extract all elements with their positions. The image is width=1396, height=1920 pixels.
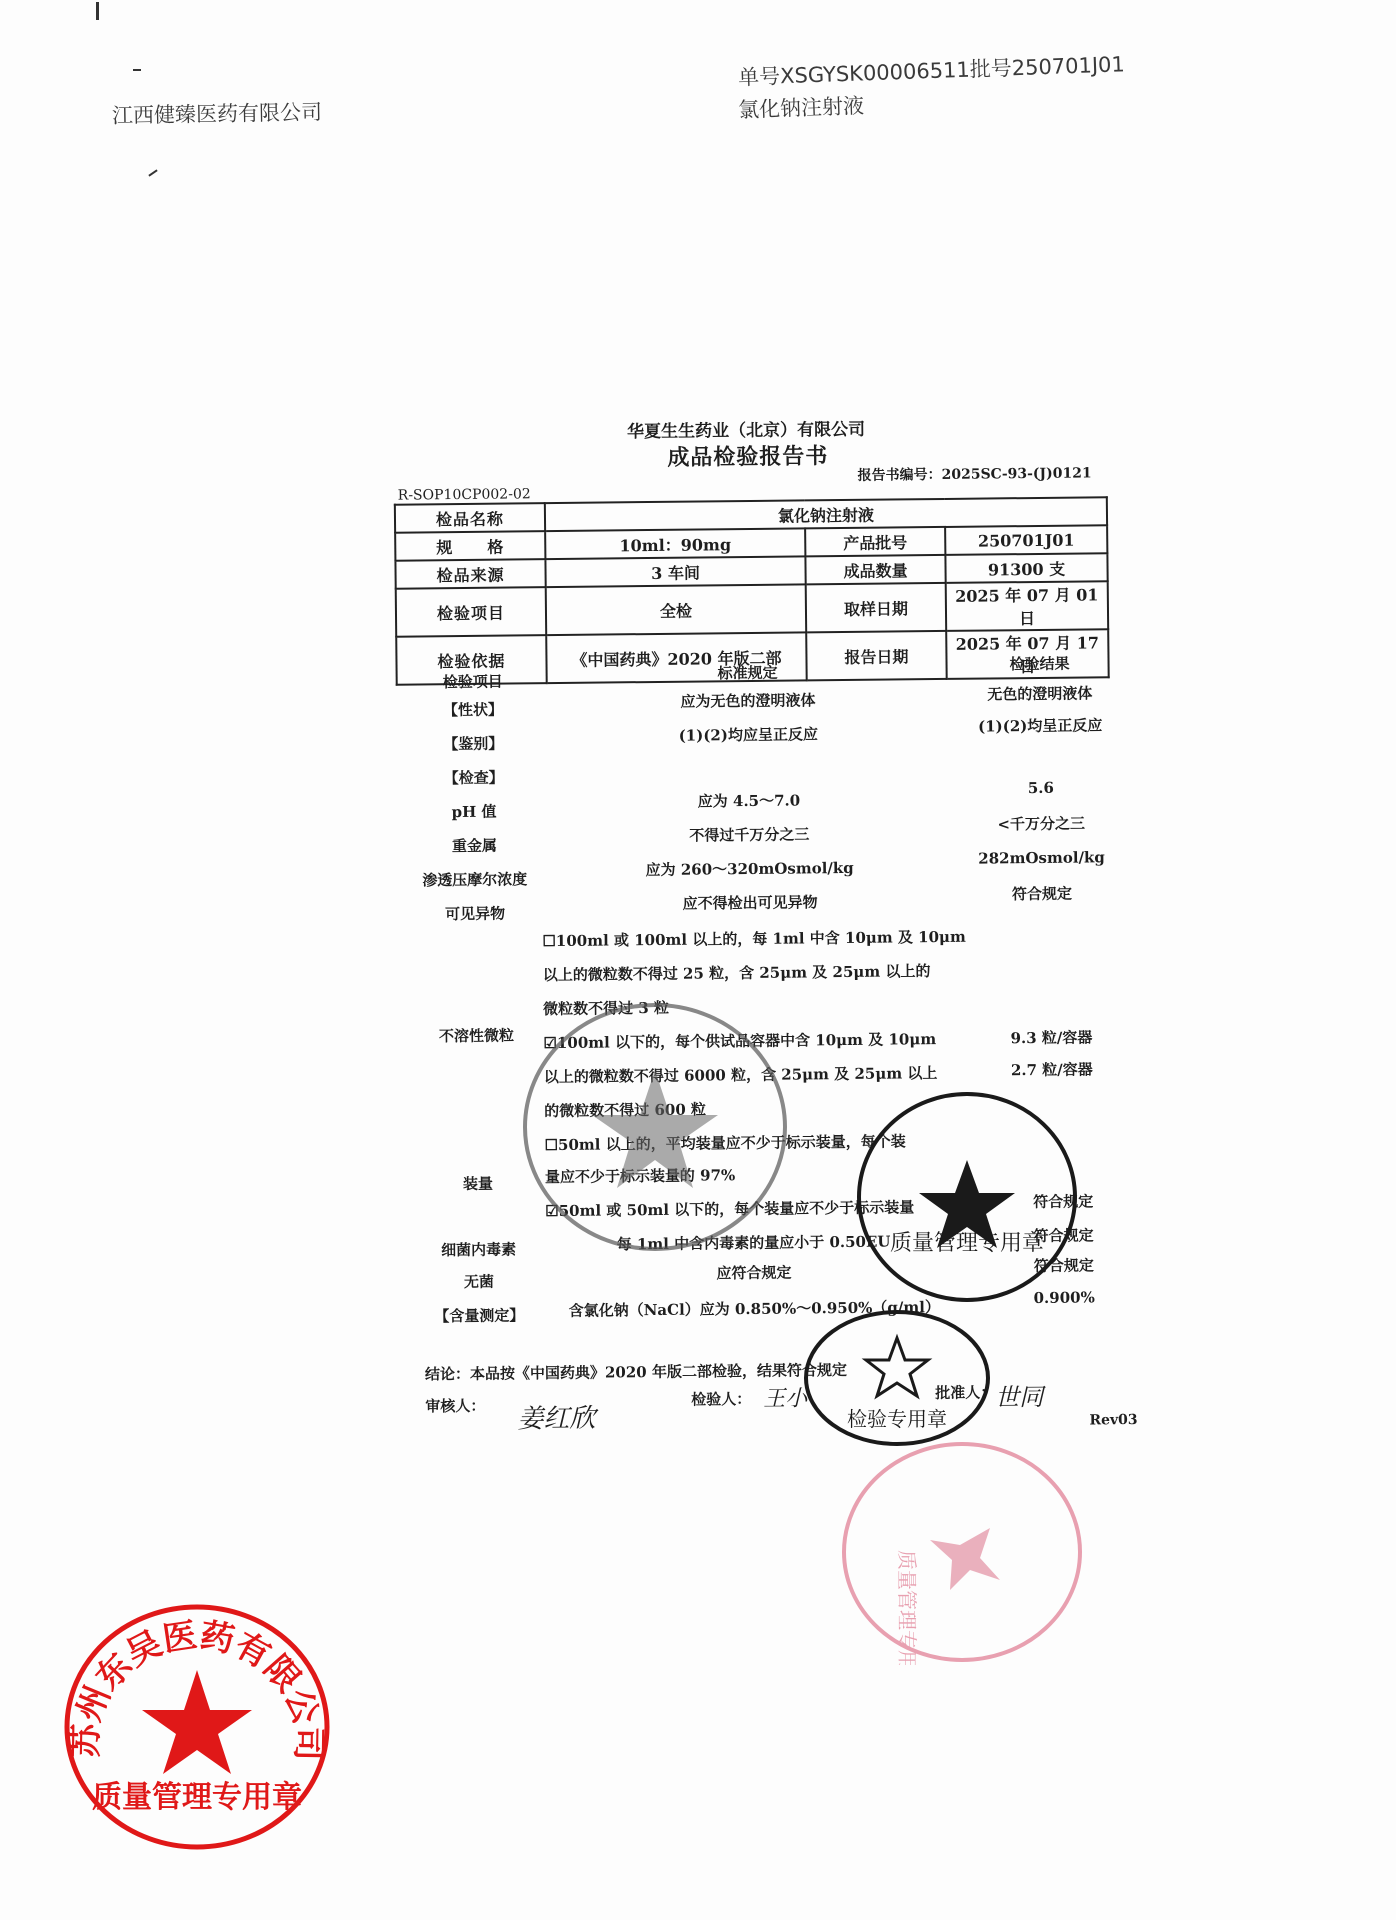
column-result: 检验结果 — [959, 652, 1119, 675]
row-result: 282mOsmol/kg — [961, 848, 1121, 868]
value-test-item: 全检 — [546, 584, 806, 635]
inspector-label: 检验人： — [691, 1388, 751, 1410]
stamp-suzhou-qa: 苏州东吴医药有限公司 质量管理专用章 — [62, 1602, 332, 1852]
label-source: 检品来源 — [395, 559, 545, 589]
row-result: 5.6 — [961, 778, 1121, 798]
reviewer-label: 审核人： — [425, 1395, 485, 1417]
row-item: pH 值 — [409, 800, 539, 822]
row-item: 【性状】 — [408, 698, 538, 720]
row-item: 【鉴别】 — [408, 732, 538, 754]
reviewer-signature: 姜红欣 — [517, 1398, 595, 1436]
row-standard: (1)(2)均应呈正反应 — [568, 722, 928, 747]
row-result: <千万分之三 — [961, 812, 1121, 835]
approver-signature: 世同 — [995, 1377, 1043, 1413]
stamp-hebei-qa — [520, 1000, 790, 1255]
svg-text:检验专用章: 检验专用章 — [847, 1407, 947, 1431]
label-batch: 产品批号 — [805, 527, 945, 556]
column-standard: 标准规定 — [568, 660, 928, 685]
label-sampling-date: 取样日期 — [806, 583, 946, 632]
label-spec: 规 格 — [395, 531, 545, 561]
row-result: 符合规定 — [962, 882, 1122, 905]
row-standard: 不得过千万分之三 — [569, 822, 929, 847]
stamp-jiangxi-qa: 质量管理专用章 — [840, 1440, 1085, 1665]
row-item: 重金属 — [409, 834, 539, 856]
revision: Rev03 — [1089, 1412, 1137, 1429]
particles-result-10um: 9.3 粒/容器 — [971, 1026, 1131, 1049]
label-test-item: 检验项目 — [396, 587, 546, 637]
row-result: 无色的澄明液体 — [960, 682, 1120, 705]
row-item: 可见异物 — [410, 902, 540, 924]
value-batch: 250701J01 — [945, 525, 1107, 555]
value-sampling-date: 2025 年 07 月 01 日 — [946, 581, 1108, 631]
conclusion: 结论：本品按《中国药典》2020 年版二部检验，结果符合规定 — [425, 1359, 847, 1384]
row-standard: 应为 260～320mOsmol/kg — [570, 856, 930, 881]
report-company: 华夏生生药业（北京）有限公司 — [627, 415, 865, 442]
value-source: 3 车间 — [545, 556, 805, 587]
row-standard: 应不得检出可见异物 — [570, 890, 930, 915]
svg-text:质量管理专用章: 质量管理专用章 — [895, 1550, 919, 1665]
form-code: R-SOP10CP002-02 — [398, 486, 531, 503]
stamp-inspection: 检验专用章 — [802, 1308, 992, 1448]
column-item: 检验项目 — [408, 670, 538, 692]
row-item: 渗透压摩尔浓度 — [410, 868, 540, 890]
particles-result-25um: 2.7 粒/容器 — [972, 1058, 1132, 1081]
row-item: 【检查】 — [409, 766, 539, 788]
label-product-name: 检品名称 — [395, 503, 545, 533]
assay-item: 【含量测定】 — [414, 1304, 544, 1326]
svg-text:质量管理专用章: 质量管理专用章 — [92, 1780, 302, 1815]
row-result: (1)(2)均呈正反应 — [960, 714, 1120, 737]
svg-text:质量管理专用章: 质量管理专用章 — [890, 1231, 1044, 1256]
value-spec: 10ml：90mg — [545, 528, 805, 559]
label-quantity: 成品数量 — [805, 555, 945, 584]
inspector-signature: 王小 — [763, 1381, 807, 1412]
report-number: 报告书编号：2025SC-93-(J)0121 — [857, 462, 1091, 484]
report-title: 成品检验报告书 — [667, 439, 828, 472]
row-standard: 应为无色的澄明液体 — [568, 688, 928, 713]
particles-line: 以上的微粒数不得过 25 粒，含 25μm 及 25μm 以上的 — [543, 960, 931, 985]
row-standard: 应为 4.5～7.0 — [569, 788, 929, 813]
sterility-item: 无菌 — [414, 1270, 544, 1292]
particles-line: ☐100ml 或 100ml 以上的，每 1ml 中含 10μm 及 10μm — [542, 926, 966, 951]
value-quantity: 91300 支 — [945, 553, 1107, 583]
stamp-beijing-qa: 质量管理专用章 — [855, 1090, 1080, 1305]
